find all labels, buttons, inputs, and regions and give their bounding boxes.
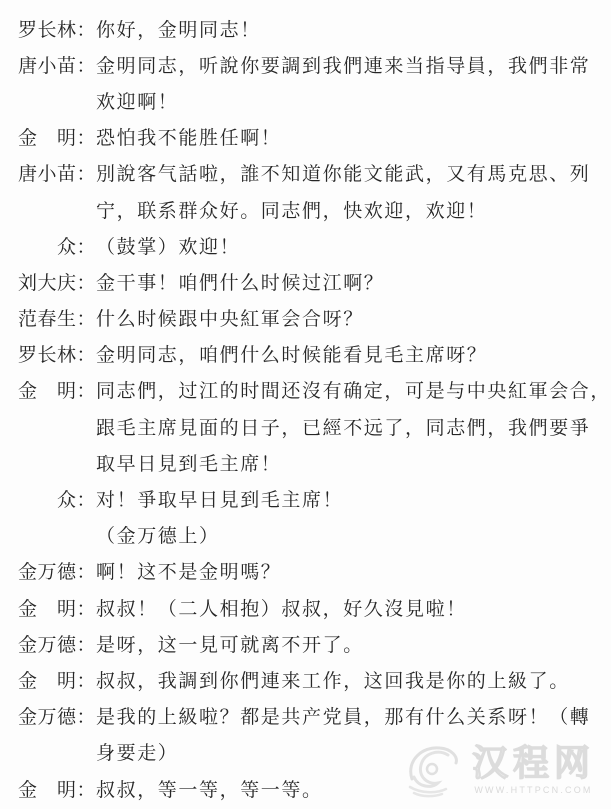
dialogue-text: 別說客气話啦，誰不知道你能文能武，又有馬克思、列 [96,159,590,186]
speaker-name: 众： [18,485,96,512]
dialogue-line: 众： （鼓掌）欢迎！ [18,227,599,263]
dialogue-text: 同志們，过江的时間还沒有确定，可是与中央紅軍会合， [96,376,611,403]
dialogue-text: 什么时候跟中央紅軍会合呀？ [96,304,364,331]
dialogue-line: （金万德上） [18,517,599,553]
dialogue-line: 金万德： 是我的上級啦？都是共产党員，那有什么关系呀！（轉 [18,698,599,734]
dialogue-line: 金 明： 叔叔，我調到你們連来工作，这回我是你的上級了。 [18,661,599,697]
dialogue-text: 身要走） [96,738,178,765]
speaker-name: 金 明： [18,594,96,621]
speaker-name: 金 明： [18,775,96,802]
dialogue-text: 金干事！咱們什么时候过江啊？ [96,268,384,295]
dialogue-line: 欢迎啊！ [18,82,599,118]
dialogue-text: 叔叔！（二人相抱）叔叔，好久沒見啦！ [96,594,467,621]
script-page: 罗长林： 你好，金明同志！ 唐小苗： 金明同志，听說你要調到我們連来当指导員，我… [0,0,611,809]
dialogue-line: 金 明： 同志們，过江的时間还沒有确定，可是与中央紅軍会合， [18,372,599,408]
dialogue-text: 金明同志，听說你要調到我們連来当指导員，我們非常 [96,51,590,78]
watermark-url: WWW.HTTPCN.COM [474,785,592,795]
dialogue-text: 对！爭取早日見到毛主席！ [96,485,343,512]
speaker-name: 金万德： [18,702,96,729]
speaker-name: 罗长林： [18,340,96,367]
dialogue-line: 金万德： 啊！这不是金明嗎？ [18,553,599,589]
speaker-name: 唐小苗： [18,51,96,78]
dialogue-line: 金万德： 是呀，这一見可就离不开了。 [18,625,599,661]
dialogue-text: 叔叔，等一等，等一等。 [96,775,323,802]
speaker-name: 金 明： [18,666,96,693]
dialogue-text: 金明同志，咱們什么时候能看見毛主席呀？ [96,340,487,367]
httpcn-watermark: 汉程网 WWW.HTTPCN.COM [402,739,595,801]
speaker-name: 金 明： [18,376,96,403]
dialogue-text: 叔叔，我調到你們連来工作，这回我是你的上級了。 [96,666,570,693]
dialogue-text: 啊！这不是金明嗎？ [96,557,281,584]
speaker-name: 唐小苗： [18,159,96,186]
httpcn-swirl-logo-icon [402,739,464,801]
dialogue-line: 罗长林： 金明同志，咱們什么时候能看見毛主席呀？ [18,336,599,372]
dialogue-text: 是呀，这一見可就离不开了。 [96,630,364,657]
dialogue-text: 恐怕我不能胜任啊！ [96,123,281,150]
dialogue-text: 你好，金明同志！ [96,15,261,42]
speaker-name: 范春生： [18,304,96,331]
speaker-name: 金 明： [18,123,96,150]
dialogue-line: 范春生： 什么时候跟中央紅軍会合呀？ [18,300,599,336]
dialogue-text: 取早日見到毛主席！ [96,449,281,476]
speaker-name: 金万德： [18,557,96,584]
dialogue-line: 刘大庆： 金干事！咱們什么时候过江啊？ [18,263,599,299]
speaker-name: 众： [18,232,96,259]
dialogue-text: 是我的上級啦？都是共产党員，那有什么关系呀！（轉 [96,702,590,729]
dialogue-line: 宁，联系群众好。同志們，快欢迎，欢迎！ [18,191,599,227]
dialogue-text: （鼓掌）欢迎！ [96,232,240,259]
watermark-text-block: 汉程网 WWW.HTTPCN.COM [472,745,595,795]
dialogue-line: 金 明： 叔叔！（二人相抱）叔叔，好久沒見啦！ [18,589,599,625]
dialogue-list: 罗长林： 你好，金明同志！ 唐小苗： 金明同志，听說你要調到我們連来当指导員，我… [0,0,611,806]
dialogue-text: 跟毛主席見面的日子，已經不远了，同志們，我們要爭 [96,413,590,440]
dialogue-text: 宁，联系群众好。同志們，快欢迎，欢迎！ [96,196,487,223]
dialogue-line: 跟毛主席見面的日子，已經不远了，同志們，我們要爭 [18,408,599,444]
dialogue-text: （金万德上） [96,521,220,548]
dialogue-text: 欢迎啊！ [96,87,178,114]
dialogue-line: 唐小苗： 金明同志，听說你要調到我們連来当指导員，我們非常 [18,46,599,82]
dialogue-line: 唐小苗： 別說客气話啦，誰不知道你能文能武，又有馬克思、列 [18,155,599,191]
speaker-name: 罗长林： [18,15,96,42]
dialogue-line: 罗长林： 你好，金明同志！ [18,10,599,46]
dialogue-line: 取早日見到毛主席！ [18,444,599,480]
speaker-name: 刘大庆： [18,268,96,295]
dialogue-line: 金 明： 恐怕我不能胜任啊！ [18,119,599,155]
watermark-site-name: 汉程网 [472,745,595,781]
speaker-name: 金万德： [18,630,96,657]
dialogue-line: 众： 对！爭取早日見到毛主席！ [18,480,599,516]
